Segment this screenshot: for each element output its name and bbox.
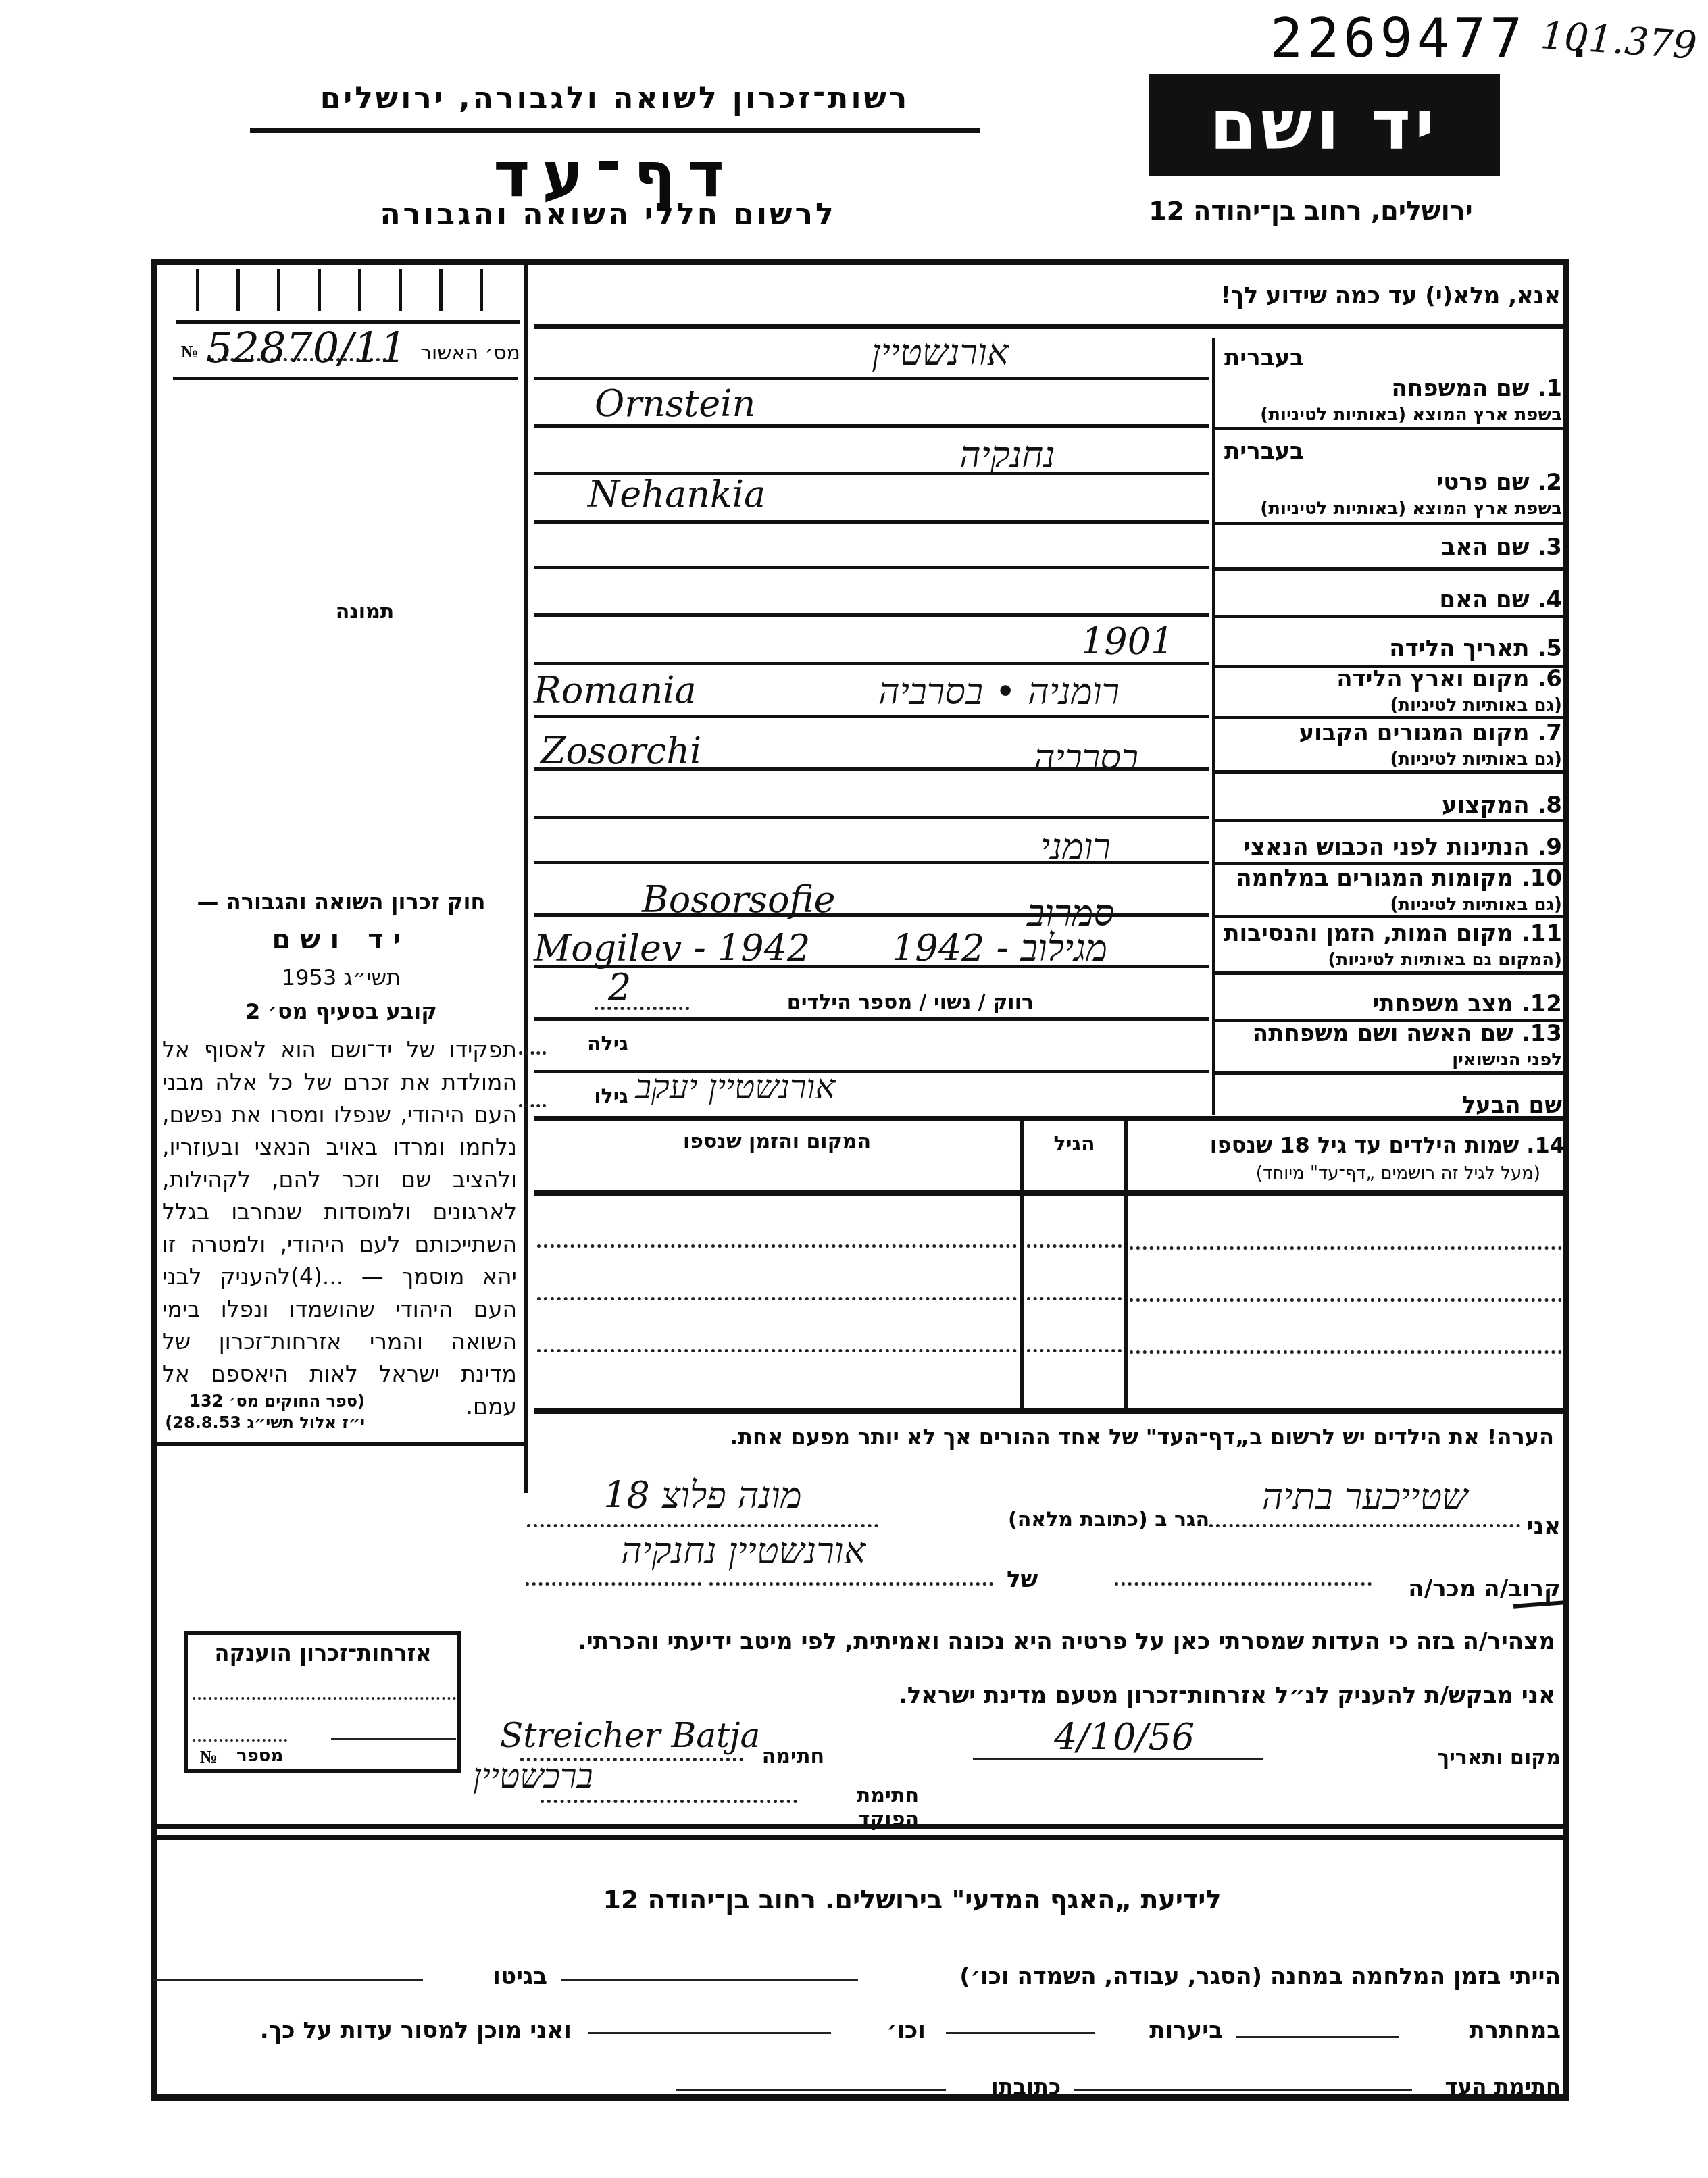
field-sublabel: בשפת ארץ המוצא (באותיות לטיניות) (1260, 499, 1562, 519)
law-section: קובע בסעיף מס׳ 2 (162, 998, 520, 1024)
law-source: (ספר החוקים מס׳ 132 (162, 1392, 520, 1411)
footer-witness-signature-line[interactable] (1074, 2089, 1412, 2091)
certificate-line (193, 1697, 456, 1700)
divider (534, 1190, 1567, 1196)
residence-hebrew-value[interactable]: בסרביה (1034, 736, 1138, 779)
divider (534, 324, 1567, 329)
divider (534, 1116, 1567, 1121)
hebrew-tag: בעברית (1224, 438, 1304, 465)
footer-etc-label: וכו׳ (845, 2017, 926, 2044)
field-line (534, 520, 1209, 524)
divider (534, 1408, 1567, 1414)
column-divider (1020, 1119, 1024, 1413)
number-sign: № (200, 1747, 218, 1767)
law-name: יד ושם (162, 924, 520, 955)
child-place-line-2[interactable] (537, 1297, 1017, 1300)
field-label: תאריך הלידה (1389, 635, 1529, 662)
divider (1215, 770, 1566, 774)
divider (173, 377, 518, 380)
field-number: 7. (1537, 719, 1562, 746)
certificate-number-label: מספר (236, 1746, 283, 1766)
field-label-marital-status: 12. מצב משפחתי (1372, 990, 1562, 1017)
field-label-nationality: 9. הנתינות לפני הכבוש הנאצי (1244, 834, 1562, 861)
field-line (534, 424, 1209, 428)
field-number: 9. (1537, 834, 1562, 861)
field-line (534, 1017, 1209, 1021)
declaration-statement: מצהיר/ה בזה כי העדות שמסרתי כאן על פרטיה… (534, 1628, 1555, 1655)
number-sign: № (181, 342, 199, 362)
divider (1215, 915, 1566, 918)
footer-testify-statement: ואני מוכן למסור עדות על כך. (153, 2017, 572, 2044)
field-number: 13. (1522, 1020, 1562, 1047)
column-divider (1124, 1119, 1128, 1413)
field-number: 3. (1537, 534, 1562, 561)
declarant-address-line (527, 1524, 878, 1527)
field-label-wife-name: 13. שם האשה ושם משפחתה לפני הנישואין (1253, 1020, 1562, 1070)
marital-status-options[interactable]: רווק / נשוי / מספר הילדים (682, 990, 1034, 1014)
field-sublabel: (גם באותיות לטיניות) (1236, 894, 1562, 915)
form-subtitle: לרשום חללי השואה והגבורה (324, 197, 892, 232)
officer-signature-line (541, 1800, 797, 1803)
footer-etc-line[interactable] (588, 2032, 831, 2034)
field-sublabel: בשפת ארץ המוצא (באותיות לטיניות) (1260, 405, 1562, 425)
field-label: שם האשה ושם משפחתה (1253, 1020, 1513, 1047)
child-name-line-3[interactable] (1130, 1350, 1562, 1354)
field-label-birth-date: 5. תאריך הלידה (1389, 635, 1562, 662)
frame-border (1563, 259, 1569, 1873)
residence-latin-value[interactable]: Zosorchi (541, 730, 701, 772)
divider (1215, 971, 1566, 975)
child-age-line-3[interactable] (1027, 1349, 1122, 1352)
field-number: 6. (1537, 665, 1562, 692)
birth-place-latin-value[interactable]: Romania (534, 669, 697, 711)
footer-camp-line[interactable] (561, 1979, 858, 1981)
logo-text: יד ושם (1210, 86, 1439, 165)
signature-value[interactable]: Streicher Batja (500, 1716, 760, 1755)
field-number: 12. (1522, 990, 1562, 1017)
frame-border (1563, 1844, 1569, 2101)
relation-label: קרוב/ה מכר/ה (1408, 1575, 1561, 1602)
field-label-father-name: 3. שם האב (1441, 534, 1562, 561)
declarant-address-label: הגר ב (כתובת מלאה) (872, 1508, 1209, 1531)
death-place-hebrew-value[interactable]: מגילוב - 1942 (892, 927, 1107, 969)
field-line (534, 377, 1209, 380)
first-name-hebrew-value[interactable]: נחנקיה (959, 434, 1055, 476)
field-sublabel: (המקום גם באותיות לטיניות) (1224, 950, 1562, 970)
field-line (534, 913, 1209, 917)
field-line (534, 715, 1209, 718)
field-label: מקום המות, הזמן והנסיבות (1224, 920, 1513, 947)
divider (1215, 819, 1566, 822)
field-label: המקצוע (1442, 792, 1530, 819)
frame-border (151, 259, 1569, 265)
child-name-line-2[interactable] (1130, 1298, 1562, 1302)
child-place-line-3[interactable] (537, 1349, 1017, 1352)
children-age-header: הגיל (1024, 1132, 1125, 1156)
declarant-name-value[interactable]: שטייכער בתיה (1209, 1475, 1520, 1518)
divider (1215, 567, 1566, 571)
field-line (534, 662, 1209, 665)
field-label: שם הבעל (1461, 1092, 1562, 1119)
husband-age-label: גילו (554, 1085, 628, 1109)
field-label: הנתינות לפני הכבוש הנאצי (1244, 834, 1530, 861)
field-number: 5. (1537, 635, 1562, 662)
citizenship-request: אני מבקש/ת להעניק לנ״ל אזרחות־זכרון מטעם… (534, 1682, 1555, 1709)
field-label: מקום וארץ הלידה (1336, 665, 1529, 692)
relation-line (1115, 1582, 1372, 1586)
children-count-value[interactable]: 2 (608, 966, 631, 1009)
relative-name-line (709, 1582, 993, 1586)
child-place-line-1[interactable] (537, 1244, 1017, 1248)
field-line (534, 767, 1209, 771)
field-label: שם המשפחה (1391, 375, 1529, 402)
field-label: מקום המגורים הקבוע (1299, 719, 1529, 746)
footer-forests-line[interactable] (946, 2032, 1095, 2034)
footer-title: לידיעת „האגף המדעי" בירושלים. רחוב בן־יה… (554, 1885, 1270, 1915)
law-title: חוק זכרון השואה והגבורה — (162, 889, 520, 915)
certificate-title: אזרחות־זכרון הוענקה (188, 1640, 458, 1666)
certificate-number-line (193, 1739, 287, 1742)
hebrew-tag: בעברית (1224, 345, 1304, 372)
declarant-i-label: אני (1527, 1513, 1561, 1540)
children-place-header: המקום והזמן שנספו (541, 1130, 1013, 1153)
birth-date-value[interactable]: 1901 (1081, 620, 1174, 663)
field-line (534, 816, 1209, 819)
field-sublabel: (גם באותיות לטיניות) (1299, 749, 1562, 769)
frame-border (151, 1844, 157, 2101)
column-header: שמות הילדים עד גיל 18 שנספו (1210, 1132, 1519, 1158)
column-divider (524, 263, 528, 1493)
relative-name-value[interactable]: אורנשטיין נחנקיה (527, 1529, 959, 1572)
divider (151, 1835, 1569, 1840)
divider (1215, 522, 1566, 525)
frame-border (151, 259, 157, 1873)
footer-forests-label: ביערות (1108, 2017, 1223, 2044)
field-label: מצב משפחתי (1372, 990, 1513, 1017)
field-label-family-name: 1. שם המשפחה בשפת ארץ המוצא (באותיות לטי… (1260, 375, 1562, 425)
footer-ghetto-line[interactable] (153, 1979, 423, 1981)
of-label: של (1007, 1566, 1038, 1593)
law-source-date: י״ז אלול תשי״ג 28.8.53) (162, 1413, 520, 1432)
field-sublabel: (גם באותיות לטיניות) (1336, 695, 1562, 715)
field-number: 2. (1537, 469, 1562, 496)
field-label: שם האב (1441, 534, 1529, 561)
field-label: שם פרטי (1436, 469, 1529, 496)
instructions: אנא, מלא(י) עד כמה שידוע לך! (608, 282, 1561, 309)
wife-age-line (519, 1051, 546, 1055)
law-year: תשי״ג 1953 (162, 965, 520, 990)
field-number: 10. (1522, 865, 1562, 892)
family-name-hebrew-value[interactable]: אורנשטיין (872, 331, 1009, 374)
frame-border (151, 2094, 1569, 2101)
field-label-mother-name: 4. שם האם (1439, 586, 1562, 613)
field-label-wartime-residence: 10. מקומות המגורים במלחמה (גם באותיות לט… (1236, 865, 1562, 915)
children-names-header: 14. שמות הילדים עד גיל 18 שנספו (1135, 1132, 1565, 1158)
officer-signature-value[interactable]: ברכשטיין (473, 1756, 593, 1796)
husband-name-value[interactable]: אורנשטיין יעקב (635, 1067, 835, 1107)
field-number: 1. (1537, 375, 1562, 402)
address: ירושלים, רחוב בן־יהודה 12 (1122, 196, 1500, 226)
place-date-value[interactable]: 4/10/56 (1054, 1716, 1195, 1758)
org-title: רשות־זכרון לשואה ולגבורה, ירושלים (257, 81, 973, 116)
field-label-husband-name: שם הבעל (1461, 1092, 1562, 1119)
field-number: 14. (1526, 1132, 1565, 1158)
footer-underground-label: במחתרת (1469, 2017, 1561, 2044)
divider (1215, 1071, 1566, 1075)
field-line (534, 861, 1209, 864)
certificate-number-rule (331, 1738, 456, 1740)
yad-vashem-logo: יד ושם (1149, 74, 1500, 176)
field-line (534, 965, 1209, 968)
field-label-birth-place: 6. מקום וארץ הלידה (גם באותיות לטיניות) (1336, 665, 1562, 715)
death-place-latin-value[interactable]: Mogilev - 1942 (534, 927, 810, 969)
footer-camp-label: הייתי בזמן המלחמה במחנה (הסגר, עבודה, הש… (865, 1963, 1561, 1990)
children-names-subheader: (מעל לגיל זה רושמים „דף־עד" מיוחד) (1135, 1163, 1540, 1184)
wife-age-label: גילה (554, 1032, 628, 1056)
child-name-line-1[interactable] (1130, 1246, 1562, 1250)
divider (1215, 427, 1566, 430)
field-number: 11. (1522, 920, 1562, 947)
registration-number-value[interactable]: 52870/11 (206, 323, 407, 372)
declarant-name-line (1209, 1524, 1520, 1527)
footer-ghetto-label: בגיטו (446, 1963, 547, 1990)
children-note: הערה! את הילדים יש לרשום ב„דף־העד" של אח… (534, 1424, 1554, 1450)
husband-age-line (519, 1104, 546, 1107)
photo-label: תמונה (297, 600, 432, 624)
relative-name-line-cont (526, 1582, 701, 1586)
column-divider (1212, 338, 1215, 1115)
child-age-line-2[interactable] (1027, 1297, 1122, 1300)
field-label-death-place: 11. מקום המות, הזמן והנסיבות (המקום גם ב… (1224, 920, 1562, 970)
child-age-line-1[interactable] (1027, 1244, 1122, 1248)
footer-underground-line[interactable] (1236, 2036, 1399, 2038)
field-label: מקומות המגורים במלחמה (1236, 865, 1513, 892)
tick-marks (176, 269, 507, 316)
divider (1215, 615, 1566, 618)
declarant-address-value[interactable]: מונה פלוצ 18 (527, 1474, 878, 1517)
field-label-permanent-residence: 7. מקום המגורים הקבוע (גם באותיות לטיניו… (1299, 719, 1562, 769)
field-label: שם האם (1439, 586, 1529, 613)
birth-place-hebrew-value[interactable]: רומניה • בסרביה (878, 670, 1120, 713)
field-label-profession: 8. המקצוע (1442, 792, 1562, 819)
divider (157, 1442, 528, 1446)
divider (151, 1824, 1569, 1829)
divider (250, 128, 980, 133)
footer-address-line[interactable] (676, 2089, 946, 2091)
place-date-label: מקום ותאריך (1438, 1746, 1561, 1769)
law-text: תפקידו של יד־ושם הוא לאסוף אל המולדת את … (162, 1034, 517, 1423)
field-label-first-name: 2. שם פרטי בשפת ארץ המוצא (באותיות לטיני… (1260, 469, 1562, 519)
family-name-latin-value[interactable]: Ornstein (595, 382, 755, 425)
field-line (534, 613, 1209, 617)
field-sublabel: לפני הנישואין (1253, 1050, 1562, 1070)
field-number: 8. (1537, 792, 1562, 819)
field-number: 4. (1537, 586, 1562, 613)
first-name-latin-value[interactable]: Nehankia (588, 473, 765, 515)
field-line (534, 566, 1209, 569)
